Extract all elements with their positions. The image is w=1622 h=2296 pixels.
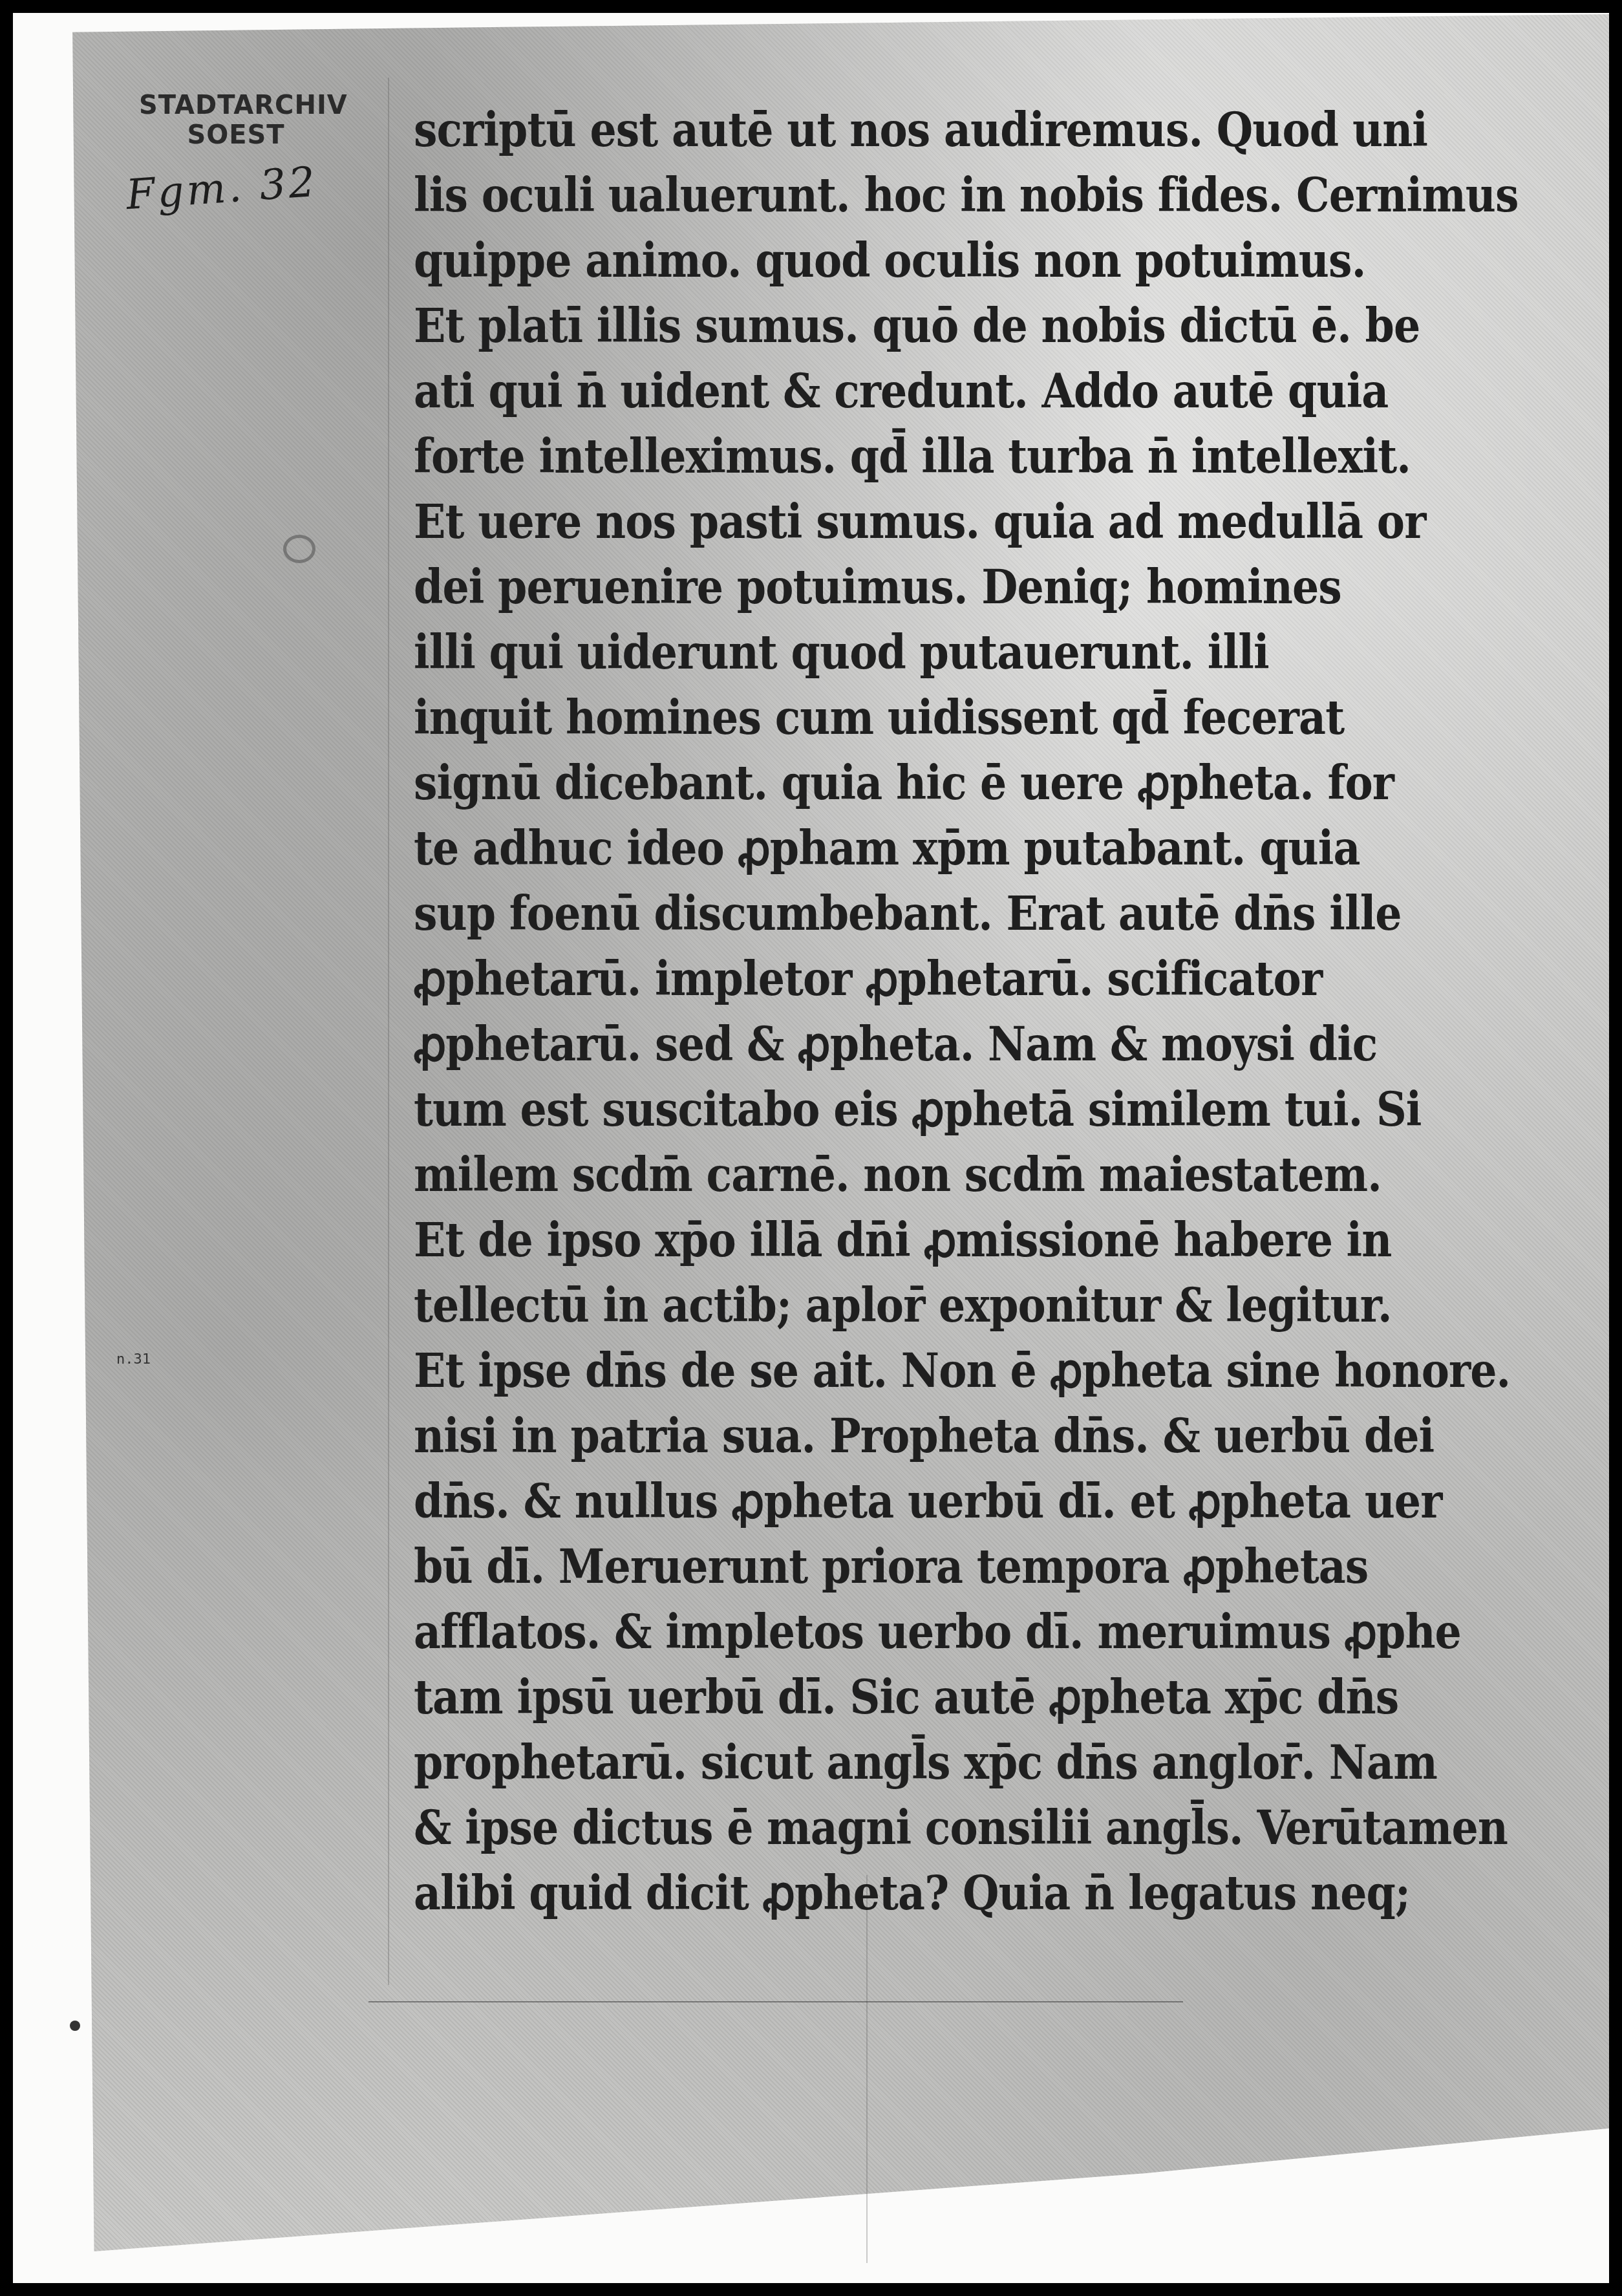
text-line: tum est suscitabo eis ꝓphetā similem tui…: [414, 1077, 1403, 1142]
text-line: nisi in patria sua. Propheta dn̄s. & uer…: [414, 1403, 1403, 1468]
text-line: Et uere nos pasti sumus. quia ad medullā…: [414, 489, 1403, 554]
text-line: ꝓphetarū. sed & ꝓpheta. Nam & moysi dic: [414, 1011, 1403, 1077]
text-line: lis oculi ualuerunt. hoc in nobis fides.…: [414, 162, 1403, 228]
text-line: tellectū in actib; aplor̄ exponitur & le…: [414, 1272, 1403, 1338]
text-line: prophetarū. sicut angl̄s xp̄c dn̄s anglo…: [414, 1730, 1403, 1795]
text-line: bū dī. Meruerunt priora tempora ꝓphetas: [414, 1534, 1403, 1599]
text-line: scriptū est autē ut nos audiremus. Quod …: [414, 97, 1403, 162]
margin-mark: n.31: [116, 1351, 151, 1368]
text-line: milem scdm̄ carnē. non scdm̄ maiestatem.: [414, 1142, 1403, 1207]
center-fold-line: [866, 1875, 868, 2263]
text-line: dn̄s. & nullus ꝓpheta uerbū dī. et ꝓphet…: [414, 1468, 1403, 1534]
text-line: Et ipse dn̄s de se ait. Non ē ꝓpheta sin…: [414, 1338, 1403, 1403]
stamp-line-1: STADTARCHIV: [139, 91, 333, 120]
text-line: afflatos. & impletos uerbo dī. meruimus …: [414, 1599, 1403, 1664]
bottom-ruling-line: [368, 2001, 1183, 2002]
text-line: ati qui n̄ uident & credunt. Addo autē q…: [414, 358, 1403, 424]
stamp-line-2: SOEST: [139, 120, 333, 150]
text-line: signū dicebant. quia hic ē uere ꝓpheta. …: [414, 750, 1403, 815]
text-line: te adhuc ideo ꝓpham xp̄m putabant. quia: [414, 815, 1403, 881]
stain-mark: [283, 535, 315, 563]
manuscript-text-block: scriptū est autē ut nos audiremus. Quod …: [414, 97, 1513, 1926]
text-line: dei peruenire potuimus. Deniq; homines: [414, 554, 1403, 619]
text-line: Et de ipso xp̄o illā dn̄i ꝓmissionē habe…: [414, 1207, 1403, 1272]
text-line: alibi quid dicit ꝓpheta? Quia n̄ legatus…: [414, 1860, 1403, 1926]
text-line: sup foenū discumbebant. Erat autē dn̄s i…: [414, 881, 1403, 946]
text-line: inquit homines cum uidissent qd̄ fecerat: [414, 685, 1403, 750]
text-line: forte intelleximus. qd̄ illa turba n̄ in…: [414, 424, 1403, 489]
ink-dot: [70, 2021, 80, 2031]
text-line: Et platī illis sumus. quō de nobis dictū…: [414, 293, 1403, 358]
archive-stamp: STADTARCHIV SOEST: [139, 91, 333, 150]
text-line: ꝓphetarū. impletor ꝓphetarū. scificator: [414, 946, 1403, 1011]
text-line: tam ipsū uerbū dī. Sic autē ꝓpheta xp̄c …: [414, 1664, 1403, 1730]
left-ruling-line: [388, 78, 389, 1985]
text-line: quippe animo. quod oculis non potuimus.: [414, 228, 1403, 293]
text-line: & ipse dictus ē magni consilii angl̄s. V…: [414, 1795, 1403, 1860]
text-line: illi qui uiderunt quod putauerunt. illi: [414, 619, 1403, 685]
